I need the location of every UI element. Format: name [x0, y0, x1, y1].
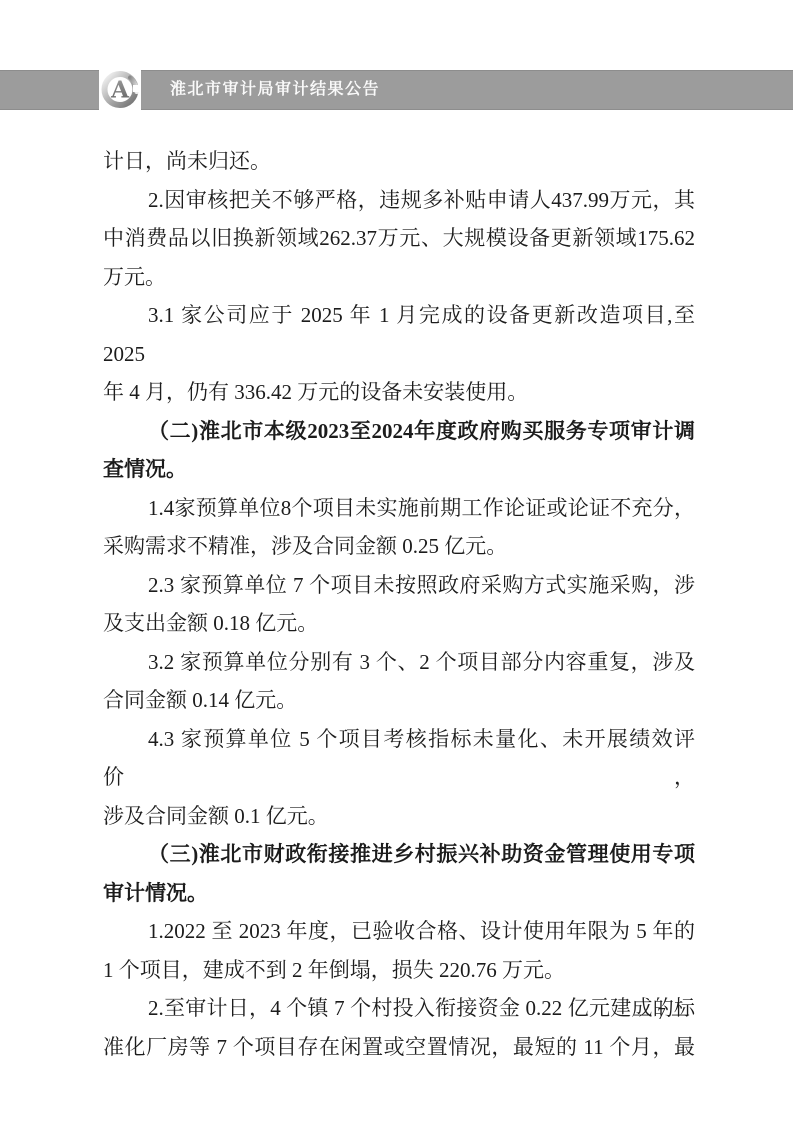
document-body: 计日，尚未归还。2.因审核把关不够严格，违规多补贴申请人437.99万元，其中消…	[103, 142, 695, 1066]
text-line: 3.2 家预算单位分别有 3 个、2 个项目部分内容重复，涉及	[103, 643, 695, 682]
text-line: 1.2022 至 2023 年度，已验收合格、设计使用年限为 5 年的	[103, 912, 695, 951]
text-line: 万元。	[103, 258, 695, 297]
paragraph: 1.2022 至 2023 年度，已验收合格、设计使用年限为 5 年的1 个项目…	[103, 912, 695, 989]
paragraph: 4.3 家预算单位 5 个项目考核指标未量化、未开展绩效评价，涉及合同金额 0.…	[103, 720, 695, 836]
paragraph: 2.因审核把关不够严格，违规多补贴申请人437.99万元，其中消费品以旧换新领域…	[103, 181, 695, 297]
text-line: 计日，尚未归还。	[103, 142, 695, 181]
page-number: — 7 —	[634, 1002, 690, 1026]
text-line: 准化厂房等 7 个项目存在闲置或空置情况，最短的 11 个月，最	[103, 1028, 695, 1067]
text-line: 年 4 月，仍有 336.42 万元的设备未安装使用。	[103, 373, 695, 412]
text-line: （三)淮北市财政衔接推进乡村振兴补助资金管理使用专项	[103, 835, 695, 874]
svg-text:A: A	[110, 77, 130, 104]
document-page: 淮北市审计局审计结果公告 A	[0, 0, 793, 1122]
text-line: 3.1 家公司应于 2025 年 1 月完成的设备更新改造项目,至 2025	[103, 296, 695, 373]
text-line: 2.3 家预算单位 7 个项目未按照政府采购方式实施采购，涉	[103, 566, 695, 605]
text-line: 1 个项目，建成不到 2 年倒塌，损失 220.76 万元。	[103, 951, 695, 990]
audit-emblem-icon: A	[100, 67, 140, 112]
text-line: 2.因审核把关不够严格，违规多补贴申请人437.99万元，其	[103, 181, 695, 220]
text-line: 中消费品以旧换新领域262.37万元、大规模设备更新领域175.62	[103, 219, 695, 258]
text-line: 涉及合同金额 0.1 亿元。	[103, 797, 695, 836]
paragraph: 计日，尚未归还。	[103, 142, 695, 181]
paragraph: 2.至审计日，4 个镇 7 个村投入衔接资金 0.22 亿元建成的标准化厂房等 …	[103, 989, 695, 1066]
text-line: 采购需求不精准，涉及合同金额 0.25 亿元。	[103, 527, 695, 566]
paragraph: 3.2 家预算单位分别有 3 个、2 个项目部分内容重复，涉及合同金额 0.14…	[103, 643, 695, 720]
paragraph: 2.3 家预算单位 7 个项目未按照政府采购方式实施采购，涉及支出金额 0.18…	[103, 566, 695, 643]
logo-box: A	[99, 66, 141, 113]
text-line: 及支出金额 0.18 亿元。	[103, 604, 695, 643]
text-line: 查情况。	[103, 450, 695, 489]
paragraph: 1.4家预算单位8个项目未实施前期工作论证或论证不充分，采购需求不精准，涉及合同…	[103, 489, 695, 566]
section-heading: （二)淮北市本级2023至2024年度政府购买服务专项审计调查情况。	[103, 412, 695, 489]
section-heading: （三)淮北市财政衔接推进乡村振兴补助资金管理使用专项审计情况。	[103, 835, 695, 912]
text-line: 合同金额 0.14 亿元。	[103, 681, 695, 720]
paragraph: 3.1 家公司应于 2025 年 1 月完成的设备更新改造项目,至 2025年 …	[103, 296, 695, 412]
text-line: （二)淮北市本级2023至2024年度政府购买服务专项审计调	[103, 412, 695, 451]
text-line: 4.3 家预算单位 5 个项目考核指标未量化、未开展绩效评价，	[103, 720, 695, 797]
text-line: 审计情况。	[103, 874, 695, 913]
header-title: 淮北市审计局审计结果公告	[170, 71, 380, 109]
text-line: 1.4家预算单位8个项目未实施前期工作论证或论证不充分，	[103, 489, 695, 528]
text-line: 2.至审计日，4 个镇 7 个村投入衔接资金 0.22 亿元建成的标	[103, 989, 695, 1028]
